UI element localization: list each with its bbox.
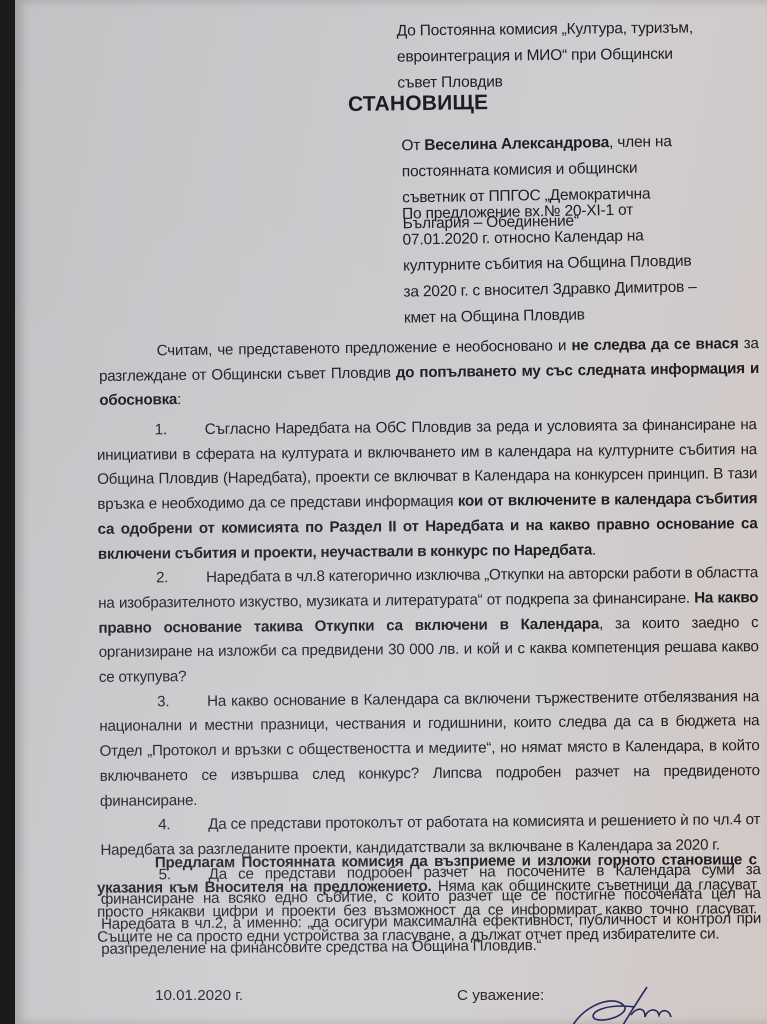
item-number: 2. [156,566,206,591]
regards-label: С уважение: [457,987,544,1004]
item-number: 3. [157,690,207,715]
item-number: 1. [155,418,205,443]
list-item: 3.На какво основание в Календара са вклю… [99,685,760,814]
addressee: До Постоянна комисия „Култура, туризъм, … [397,15,698,96]
item-number: 4. [158,813,208,838]
signature-icon [565,985,685,1024]
intro-text: Считам, че представеното предложение е н… [157,337,572,359]
list-item: 2.Наредбата в чл.8 категорично изключва … [98,561,759,690]
intro-text: : [177,391,181,408]
intro-bold: не следва да се внася [571,335,738,354]
list-item: 1.Съгласно Наредбата на ОбС Пловдив за р… [97,413,758,567]
proposal-reference: По предложение вх.№ 20-XI-1 от 07.01.202… [402,196,704,331]
document-title: СТАНОВИЩЕ [348,91,489,117]
indent [99,355,157,356]
document-page: До Постоянна комисия „Култура, туризъм, … [15,0,767,1024]
author-name: Веселина Александрова [424,134,609,154]
intro-paragraph: Считам, че представеното предложение е н… [99,332,760,414]
document-date: 10.01.2020 г. [155,987,243,1004]
closing-paragraph: Предлагам Постоянната комисия да възприе… [97,848,758,950]
item-text: . [592,541,596,558]
author-prefix: От [401,137,424,154]
